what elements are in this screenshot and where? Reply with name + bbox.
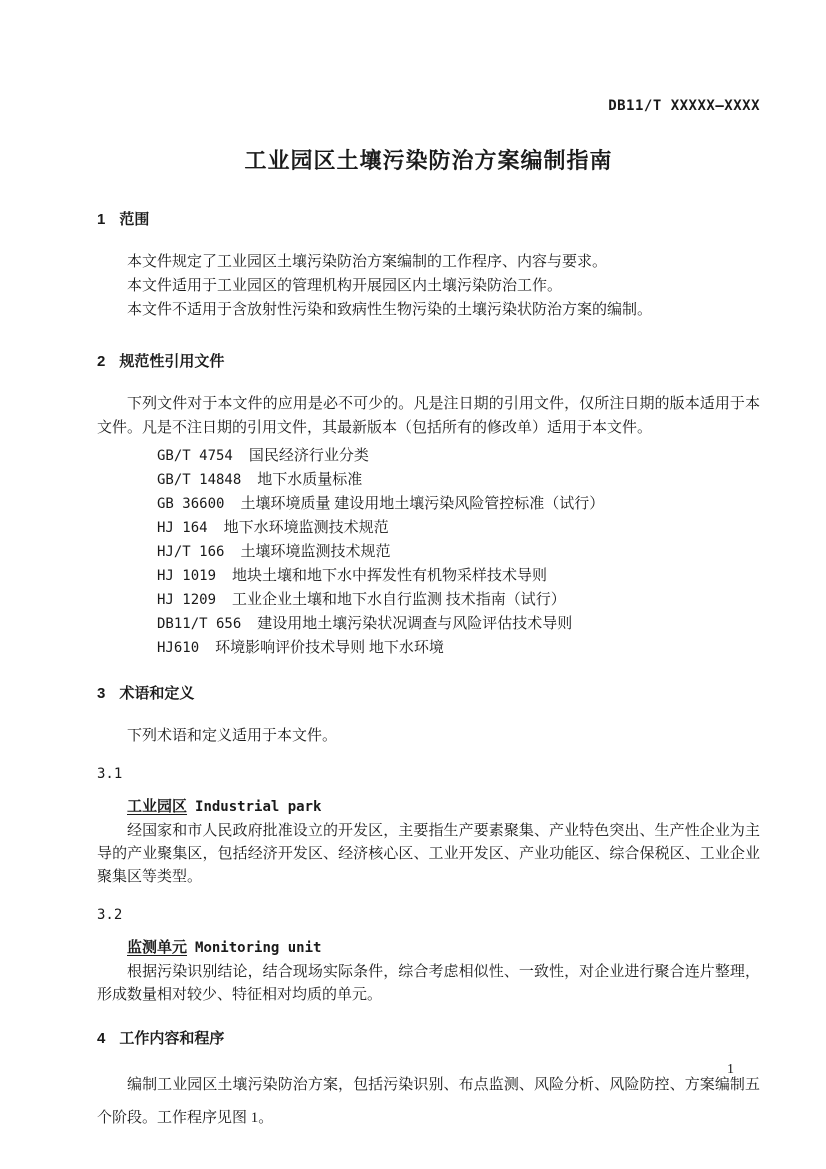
reference-item: HJ610环境影响评价技术导则 地下水环境 [97,636,760,660]
reference-code: HJ610 [127,636,199,660]
reference-item: GB 36600土壤环境质量 建设用地土壤污染风险管控标准（试行） [97,492,760,516]
section-number: 1 [97,210,105,230]
page-number: 1 [727,1062,734,1078]
paragraph: 下列文件对于本文件的应用是必不可少的。凡是注日期的引用文件，仅所注日期的版本适用… [97,392,760,440]
term-heading: 工业园区Industrial park [97,796,760,818]
paragraph: 下列术语和定义适用于本文件。 [97,724,760,748]
reference-name: 地块土壤和地下水中挥发性有机物采样技术导则 [232,568,547,584]
reference-item: HJ/T 166土壤环境监测技术规范 [97,540,760,564]
reference-item: DB11/T 656建设用地土壤污染状况调查与风险评估技术导则 [97,612,760,636]
reference-name: 地下水质量标准 [257,472,362,488]
paragraph: 本文件不适用于含放射性污染和致病性生物污染的土壤污染状防治方案的编制。 [97,298,760,322]
section-3-heading: 3术语和定义 [97,684,760,704]
document-page: DB11/T XXXXX—XXXX 工业园区土壤污染防治方案编制指南 1范围 本… [0,0,826,1169]
reference-item: GB/T 4754国民经济行业分类 [97,444,760,468]
paragraph: 本文件适用于工业园区的管理机构开展园区内土壤污染防治工作。 [97,274,760,298]
reference-name: 工业企业土壤和地下水自行监测 技术指南（试行） [232,592,566,608]
section-title: 工作内容和程序 [119,1030,224,1047]
reference-code: HJ 1019 [127,564,216,588]
reference-code: HJ 164 [127,516,208,540]
reference-name: 国民经济行业分类 [249,448,369,464]
reference-name: 土壤环境质量 建设用地土壤污染风险管控标准（试行） [240,496,604,512]
term-en: Industrial park [195,799,321,815]
reference-code: DB11/T 656 [127,612,241,636]
paragraph: 编制工业园区土壤污染防治方案，包括污染识别、布点监测、风险分析、风险防控、方案编… [97,1069,760,1135]
term-definition: 经国家和市人民政府批准设立的开发区，主要指生产要素聚集、产业特色突出、生产性企业… [97,820,760,889]
reference-item: HJ 1019地块土壤和地下水中挥发性有机物采样技术导则 [97,564,760,588]
reference-item: HJ 1209工业企业土壤和地下水自行监测 技术指南（试行） [97,588,760,612]
reference-list: GB/T 4754国民经济行业分类 GB/T 14848地下水质量标准 GB 3… [97,444,760,660]
reference-name: 建设用地土壤污染状况调查与风险评估技术导则 [257,616,572,632]
reference-code: HJ 1209 [127,588,216,612]
page-title: 工业园区土壤污染防治方案编制指南 [97,144,760,178]
doc-code: DB11/T XXXXX—XXXX [97,98,760,114]
term-zh: 监测单元 [127,939,187,956]
reference-code: HJ/T 166 [127,540,224,564]
reference-name: 环境影响评价技术导则 地下水环境 [215,640,444,656]
section-title: 规范性引用文件 [119,353,224,370]
reference-code: GB/T 4754 [127,444,233,468]
reference-item: HJ 164地下水环境监测技术规范 [97,516,760,540]
section-2-heading: 2规范性引用文件 [97,352,760,372]
section-number: 2 [97,352,105,372]
section-4-heading: 4工作内容和程序 [97,1029,760,1049]
section-number: 4 [97,1029,105,1049]
reference-code: GB 36600 [127,492,224,516]
reference-code: GB/T 14848 [127,468,241,492]
term-number: 3.1 [97,764,760,784]
term-number: 3.2 [97,905,760,925]
reference-name: 地下水环境监测技术规范 [224,520,389,536]
term-en: Monitoring unit [195,940,321,956]
section-1-heading: 1范围 [97,210,760,230]
term-definition: 根据污染识别结论，结合现场实际条件，综合考虑相似性、一致性，对企业进行聚合连片整… [97,961,760,1007]
section-title: 术语和定义 [119,685,194,702]
paragraph: 本文件规定了工业园区土壤污染防治方案编制的工作程序、内容与要求。 [97,250,760,274]
reference-name: 土壤环境监测技术规范 [240,544,390,560]
term-heading: 监测单元Monitoring unit [97,937,760,959]
term-zh: 工业园区 [127,798,187,815]
section-number: 3 [97,684,105,704]
section-title: 范围 [119,211,149,228]
reference-item: GB/T 14848地下水质量标准 [97,468,760,492]
